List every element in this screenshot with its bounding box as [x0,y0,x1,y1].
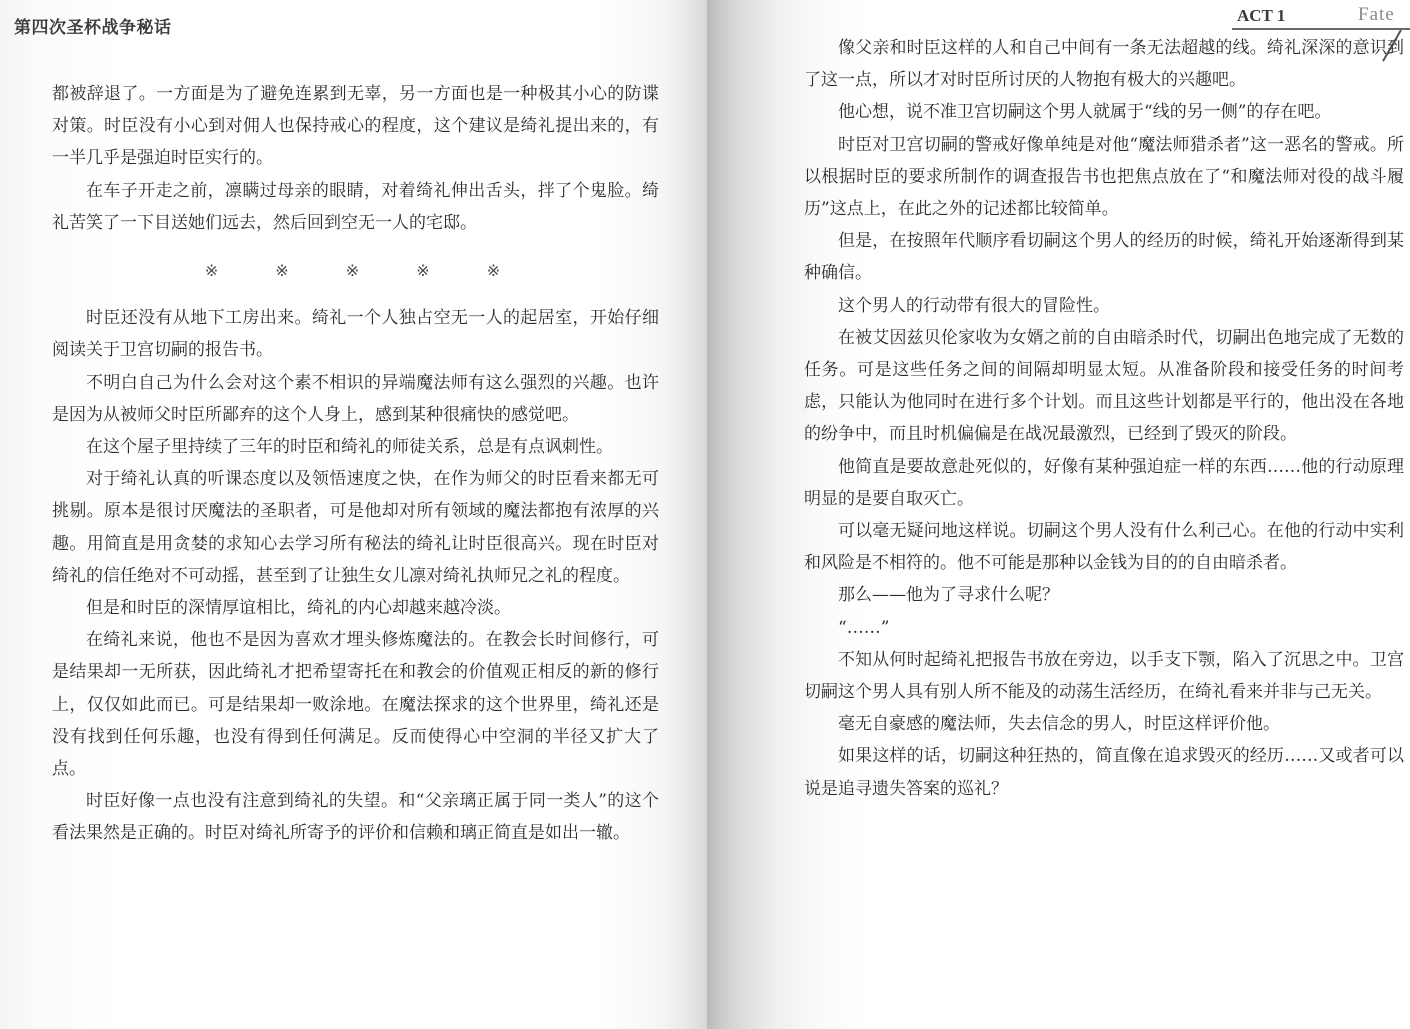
paragraph: 都被辞退了。一方面是为了避免连累到无辜，另一方面也是一种极其小心的防谍对策。时臣… [52,78,659,175]
paragraph: 时臣好像一点也没有注意到绮礼的失望。和“父亲璃正属于同一类人”的这个看法果然是正… [52,785,659,849]
paragraph: 在绮礼来说，他也不是因为喜欢才埋头修炼魔法的。在教会长时间修行，可是结果却一无所… [52,624,659,785]
paragraph: 在这个屋子里持续了三年的时臣和绮礼的师徒关系，总是有点讽刺性。 [52,431,659,463]
paragraph: 但是和时臣的深情厚谊相比，绮礼的内心却越来越冷淡。 [52,592,659,624]
paragraph: 时臣还没有从地下工房出来。绮礼一个人独占空无一人的起居室，开始仔细阅读关于卫宫切… [52,302,659,366]
paragraph: “……” [804,612,1404,644]
paragraph: 那么——他为了寻求什么呢？ [804,579,1404,611]
chapter-label: ACT 1 [1237,6,1285,26]
right-page-body: 像父亲和时臣这样的人和自己中间有一条无法超越的线。绮礼深深的意识到了这一点，所以… [804,32,1404,805]
paragraph: 毫无自豪感的魔法师，失去信念的男人，时臣这样评价他。 [804,708,1404,740]
paragraph: 他心想，说不准卫宫切嗣这个男人就属于“线的另一侧”的存在吧。 [804,96,1404,128]
paragraph: 可以毫无疑问地这样说。切嗣这个男人没有什么利己心。在他的行动中实利和风险是不相符… [804,515,1404,579]
paragraph: 在被艾因兹贝伦家收为女婿之前的自由暗杀时代，切嗣出色地完成了无数的任务。可是这些… [804,322,1404,451]
scene-break-asterisms: ※ ※ ※ ※ ※ [52,255,659,287]
header-rule [1232,28,1410,30]
book-spread: 第四次圣杯战争秘话 都被辞退了。一方面是为了避免连累到无辜，另一方面也是一种极其… [0,0,1410,1029]
paragraph: 但是，在按照年代顺序看切嗣这个男人的经历的时候，绮礼开始逐渐得到某种确信。 [804,225,1404,289]
paragraph: 不明白自己为什么会对这个素不相识的异端魔法师有这么强烈的兴趣。也许是因为从被师父… [52,367,659,431]
paragraph: 这个男人的行动带有很大的冒险性。 [804,290,1404,322]
paragraph: 不知从何时起绮礼把报告书放在旁边，以手支下颚，陷入了沉思之中。卫宫切嗣这个男人具… [804,644,1404,708]
paragraph: 他简直是要故意赴死似的，好像有某种强迫症一样的东西……他的行动原理明显的是要自取… [804,451,1404,515]
paragraph: 时臣对卫宫切嗣的警戒好像单纯是对他“魔法师猎杀者”这一恶名的警戒。所以根据时臣的… [804,129,1404,226]
right-page: ACT 1 Fate 像父亲和时臣这样的人和自己中间有一条无法超越的线。绮礼深深… [707,0,1410,1029]
running-head-chapter: ACT 1 Fate [1170,4,1410,34]
paragraph: 在车子开走之前，凛瞒过母亲的眼睛，对着绮礼伸出舌头，拌了个鬼脸。绮礼苦笑了一下目… [52,175,659,239]
paragraph: 对于绮礼认真的听课态度以及领悟速度之快，在作为师父的时臣看来都无可挑剔。原本是很… [52,463,659,592]
left-page: 第四次圣杯战争秘话 都被辞退了。一方面是为了避免连累到无辜，另一方面也是一种极其… [0,0,707,1029]
running-head-book-title: 第四次圣杯战争秘话 [14,13,172,38]
fate-logo: Fate [1358,4,1395,26]
paragraph: 如果这样的话，切嗣这种狂热的，简直像在追求毁灭的经历……又或者可以说是追寻遗失答… [804,740,1404,804]
paragraph: 像父亲和时臣这样的人和自己中间有一条无法超越的线。绮礼深深的意识到了这一点，所以… [804,32,1404,96]
left-page-body: 都被辞退了。一方面是为了避免连累到无辜，另一方面也是一种极其小心的防谍对策。时臣… [52,78,659,850]
